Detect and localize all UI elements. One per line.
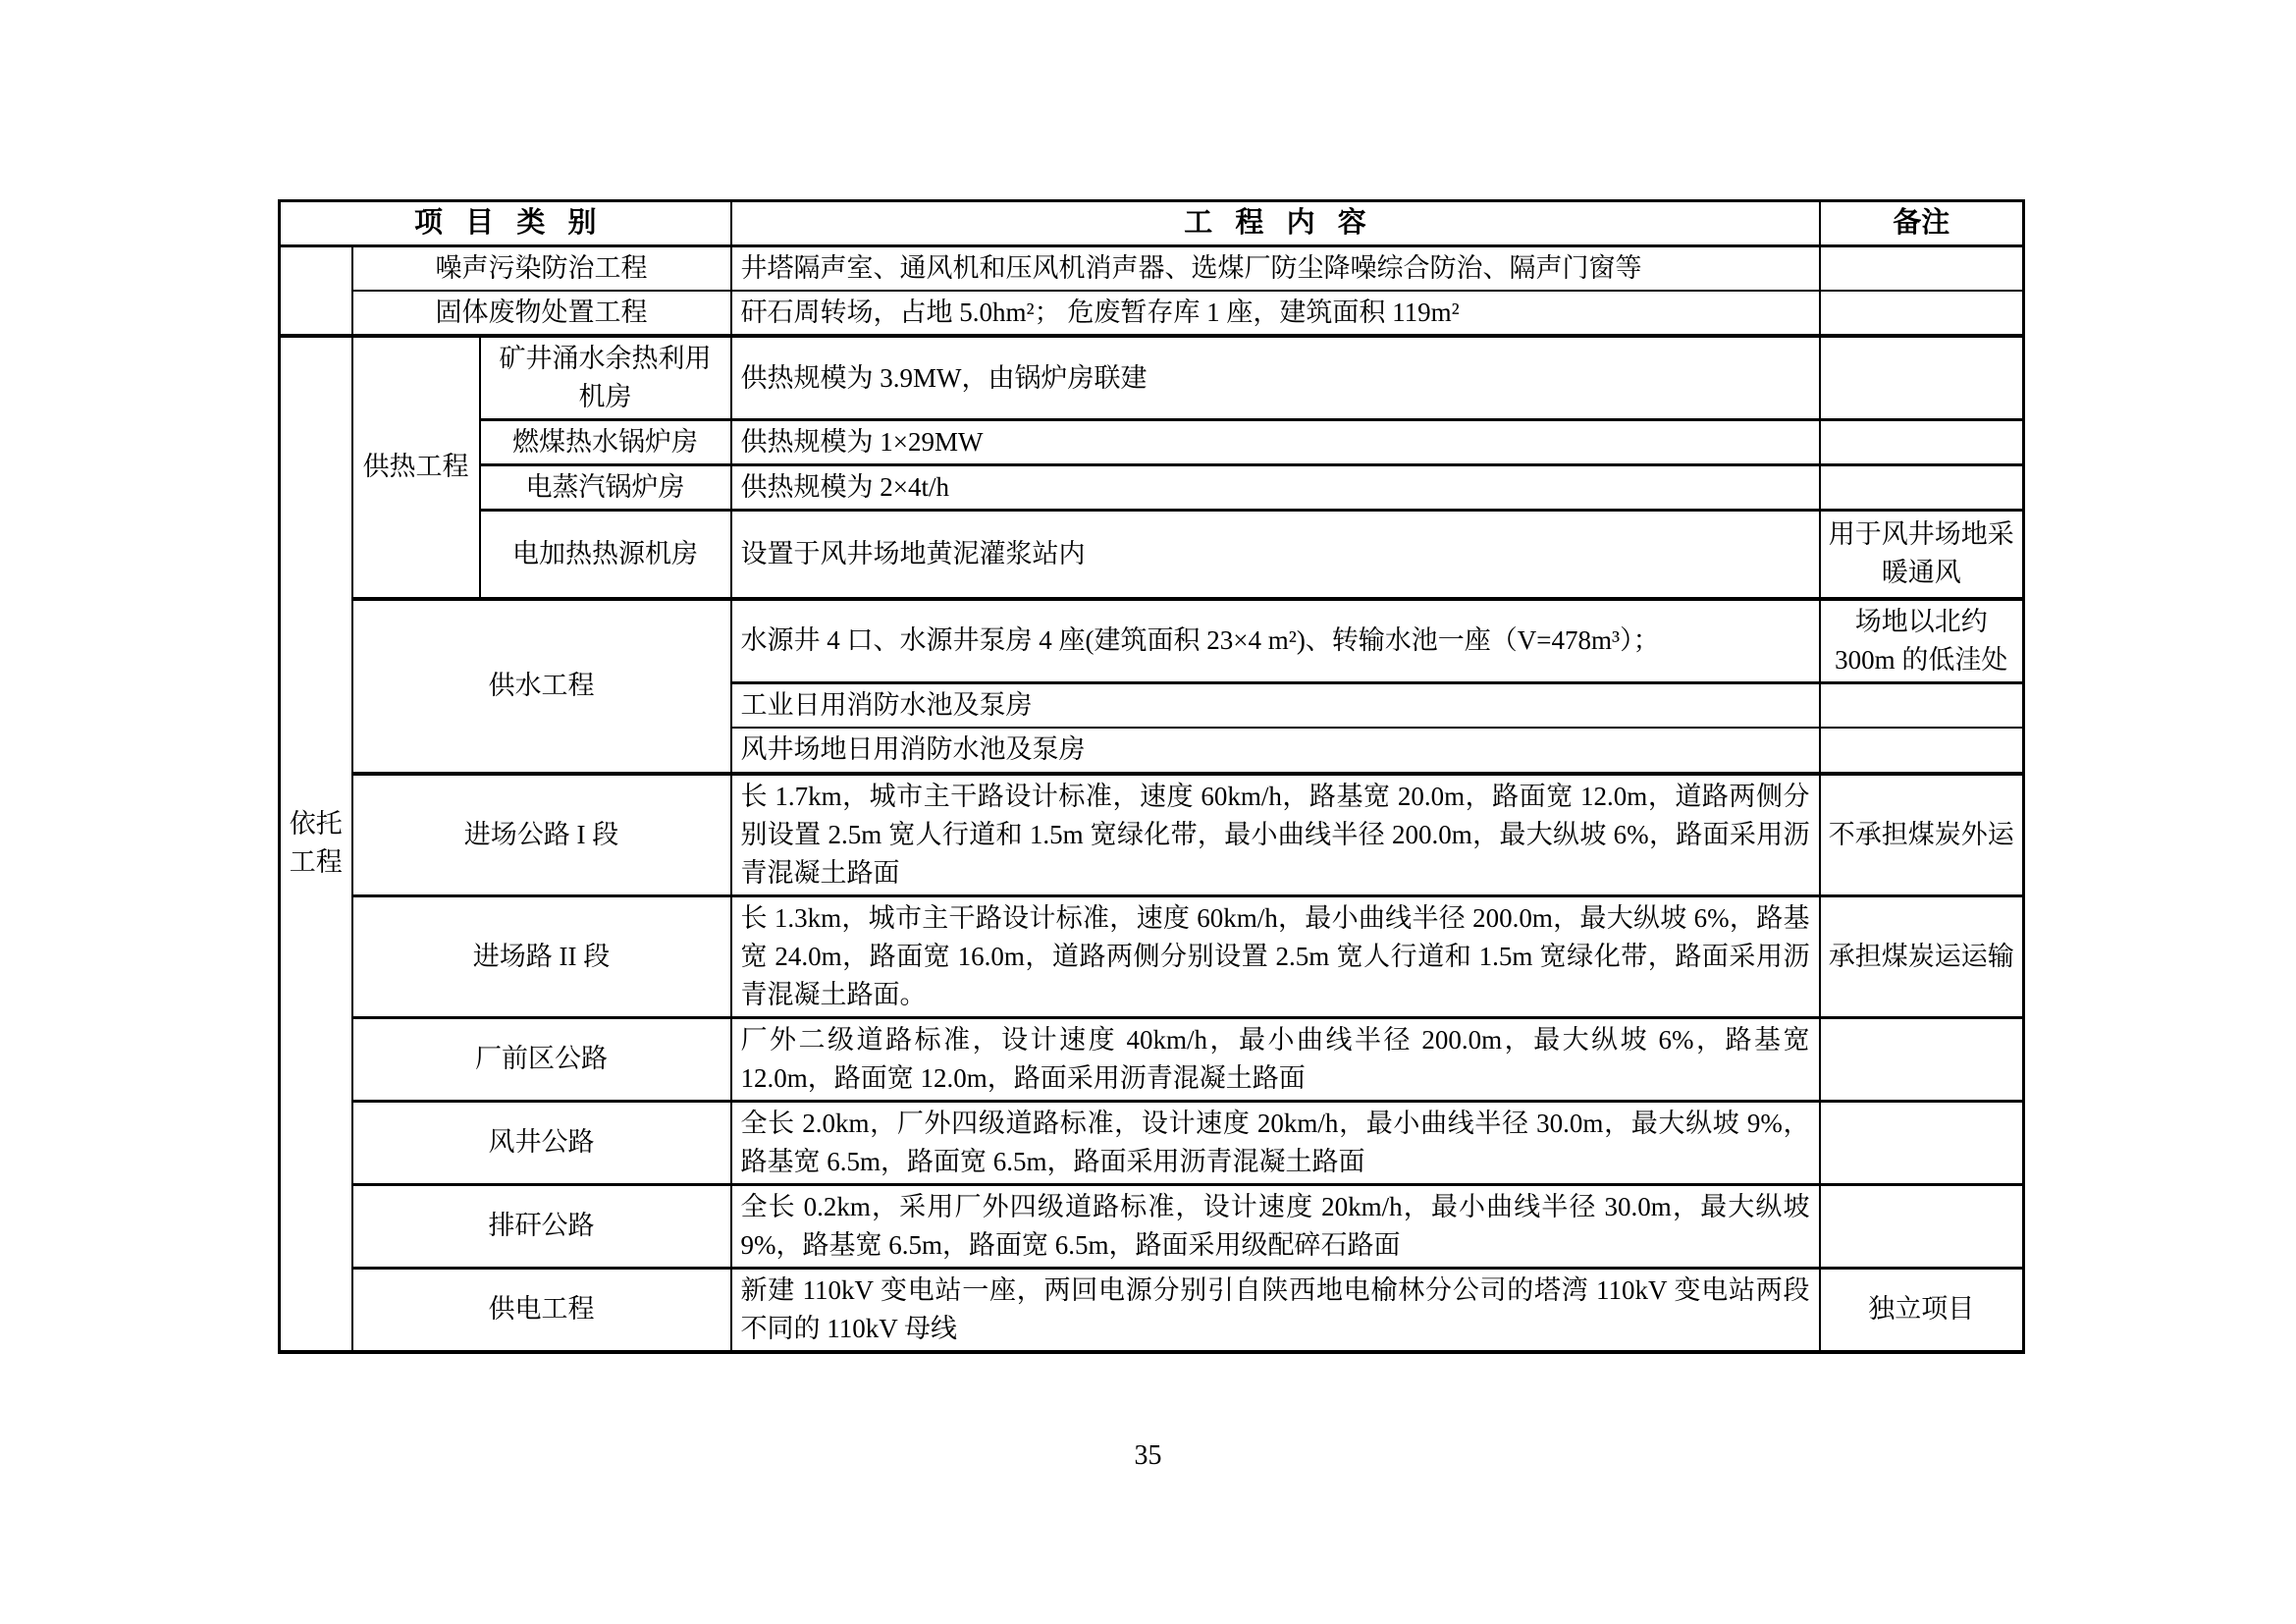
row-gangue-road: 排矸公路 全长 0.2km，采用厂外四级道路标准，设计速度 20km/h，最小曲…	[280, 1184, 2024, 1268]
project-overview-table: 项 目 类 别 工 程 内 容 备注 噪声污染防治工程 井塔隔声室、通风机和压风…	[278, 199, 2025, 1354]
cell-remark-water-supply-wells: 场地以北约 300m 的低洼处	[1820, 599, 2024, 683]
row-electric-heat-source: 电加热热源机房 设置于风井场地黄泥灌浆站内 用于风井场地采暖通风	[280, 511, 2024, 599]
cell-content-coal-boiler: 供热规模为 1×29MW	[731, 420, 1820, 465]
document-page: 项 目 类 别 工 程 内 容 备注 噪声污染防治工程 井塔隔声室、通风机和压风…	[0, 0, 2296, 1624]
cell-content-electric-steam-boiler: 供热规模为 2×4t/h	[731, 465, 1820, 511]
cell-label-power-supply: 供电工程	[352, 1268, 731, 1352]
cell-remark-access-road-1: 不承担煤炭外运	[1820, 774, 2024, 896]
cell-remark-electric-heat-source: 用于风井场地采暖通风	[1820, 511, 2024, 599]
cell-content-mine-water-heat: 供热规模为 3.9MW，由锅炉房联建	[731, 336, 1820, 420]
header-remark: 备注	[1820, 201, 2024, 246]
row-power-supply: 供电工程 新建 110kV 变电站一座，两回电源分别引自陕西地电榆林分公司的塔湾…	[280, 1268, 2024, 1352]
cell-remark-solid-waste	[1820, 291, 2024, 336]
cell-content-access-road-2: 长 1.3km，城市主干路设计标准，速度 60km/h，最小曲线半径 200.0…	[731, 895, 1820, 1017]
cell-remark-gangue-road	[1820, 1184, 2024, 1268]
cell-content-access-road-1: 长 1.7km，城市主干路设计标准，速度 60km/h，路基宽 20.0m，路面…	[731, 774, 1820, 896]
row-mine-water-heat: 依托工程 供热工程 矿井涌水余热利用机房 供热规模为 3.9MW，由锅炉房联建	[280, 336, 2024, 420]
cell-label-electric-heat-source: 电加热热源机房	[480, 511, 731, 599]
cell-remark-airshaft-fire-pond	[1820, 728, 2024, 774]
cell-label-noise-control: 噪声污染防治工程	[352, 246, 731, 292]
row-electric-steam-boiler: 电蒸汽锅炉房 供热规模为 2×4t/h	[280, 465, 2024, 511]
group-cell-water-supply-works: 供水工程	[352, 599, 731, 774]
row-noise-control: 噪声污染防治工程 井塔隔声室、通风机和压风机消声器、选煤厂防尘降噪综合防治、隔声…	[280, 246, 2024, 292]
group-cell-heating-works: 供热工程	[352, 336, 480, 599]
page-number: 35	[0, 1440, 2296, 1472]
cell-content-water-supply-wells: 水源井 4 口、水源井泵房 4 座(建筑面积 23×4 m²)、转输水池一座（V…	[731, 599, 1820, 683]
cell-content-power-supply: 新建 110kV 变电站一座，两回电源分别引自陕西地电榆林分公司的塔湾 110k…	[731, 1268, 1820, 1352]
cell-label-access-road-1: 进场公路 I 段	[352, 774, 731, 896]
cell-remark-mine-water-heat	[1820, 336, 2024, 420]
cell-label-gangue-road: 排矸公路	[352, 1184, 731, 1268]
cell-label-electric-steam-boiler: 电蒸汽锅炉房	[480, 465, 731, 511]
row-solid-waste: 固体废物处置工程 矸石周转场，占地 5.0hm²； 危废暂存库 1 座，建筑面积…	[280, 291, 2024, 336]
cell-content-airshaft-fire-pond: 风井场地日用消防水池及泵房	[731, 728, 1820, 774]
row-front-area-road: 厂前区公路 厂外二级道路标准，设计速度 40km/h，最小曲线半径 200.0m…	[280, 1017, 2024, 1101]
empty-group-cell	[280, 246, 352, 337]
row-coal-boiler: 燃煤热水锅炉房 供热规模为 1×29MW	[280, 420, 2024, 465]
row-access-road-2: 进场路 II 段 长 1.3km，城市主干路设计标准，速度 60km/h，最小曲…	[280, 895, 2024, 1017]
cell-label-front-area-road: 厂前区公路	[352, 1017, 731, 1101]
header-category: 项 目 类 别	[280, 201, 731, 246]
cell-label-coal-boiler: 燃煤热水锅炉房	[480, 420, 731, 465]
table-header-row: 项 目 类 别 工 程 内 容 备注	[280, 201, 2024, 246]
cell-remark-access-road-2: 承担煤炭运运输	[1820, 895, 2024, 1017]
cell-content-gangue-road: 全长 0.2km，采用厂外四级道路标准，设计速度 20km/h，最小曲线半径 3…	[731, 1184, 1820, 1268]
cell-content-solid-waste: 矸石周转场，占地 5.0hm²； 危废暂存库 1 座，建筑面积 119m²	[731, 291, 1820, 336]
cell-remark-noise-control	[1820, 246, 2024, 292]
cell-label-airshaft-road: 风井公路	[352, 1101, 731, 1184]
cell-content-electric-heat-source: 设置于风井场地黄泥灌浆站内	[731, 511, 1820, 599]
cell-remark-power-supply: 独立项目	[1820, 1268, 2024, 1352]
cell-content-noise-control: 井塔隔声室、通风机和压风机消声器、选煤厂防尘降噪综合防治、隔声门窗等	[731, 246, 1820, 292]
cell-label-access-road-2: 进场路 II 段	[352, 895, 731, 1017]
header-content: 工 程 内 容	[731, 201, 1820, 246]
cell-content-industrial-fire-pond: 工业日用消防水池及泵房	[731, 682, 1820, 728]
cell-remark-front-area-road	[1820, 1017, 2024, 1101]
cell-remark-electric-steam-boiler	[1820, 465, 2024, 511]
cell-label-solid-waste: 固体废物处置工程	[352, 291, 731, 336]
row-access-road-1: 进场公路 I 段 长 1.7km，城市主干路设计标准，速度 60km/h，路基宽…	[280, 774, 2024, 896]
cell-remark-industrial-fire-pond	[1820, 682, 2024, 728]
cell-remark-coal-boiler	[1820, 420, 2024, 465]
cell-label-mine-water-heat: 矿井涌水余热利用机房	[480, 336, 731, 420]
cell-content-front-area-road: 厂外二级道路标准，设计速度 40km/h，最小曲线半径 200.0m，最大纵坡 …	[731, 1017, 1820, 1101]
group-cell-supporting-works: 依托工程	[280, 336, 352, 1352]
cell-content-airshaft-road: 全长 2.0km，厂外四级道路标准，设计速度 20km/h，最小曲线半径 30.…	[731, 1101, 1820, 1184]
row-airshaft-road: 风井公路 全长 2.0km，厂外四级道路标准，设计速度 20km/h，最小曲线半…	[280, 1101, 2024, 1184]
row-water-supply-wells: 供水工程 水源井 4 口、水源井泵房 4 座(建筑面积 23×4 m²)、转输水…	[280, 599, 2024, 683]
cell-remark-airshaft-road	[1820, 1101, 2024, 1184]
